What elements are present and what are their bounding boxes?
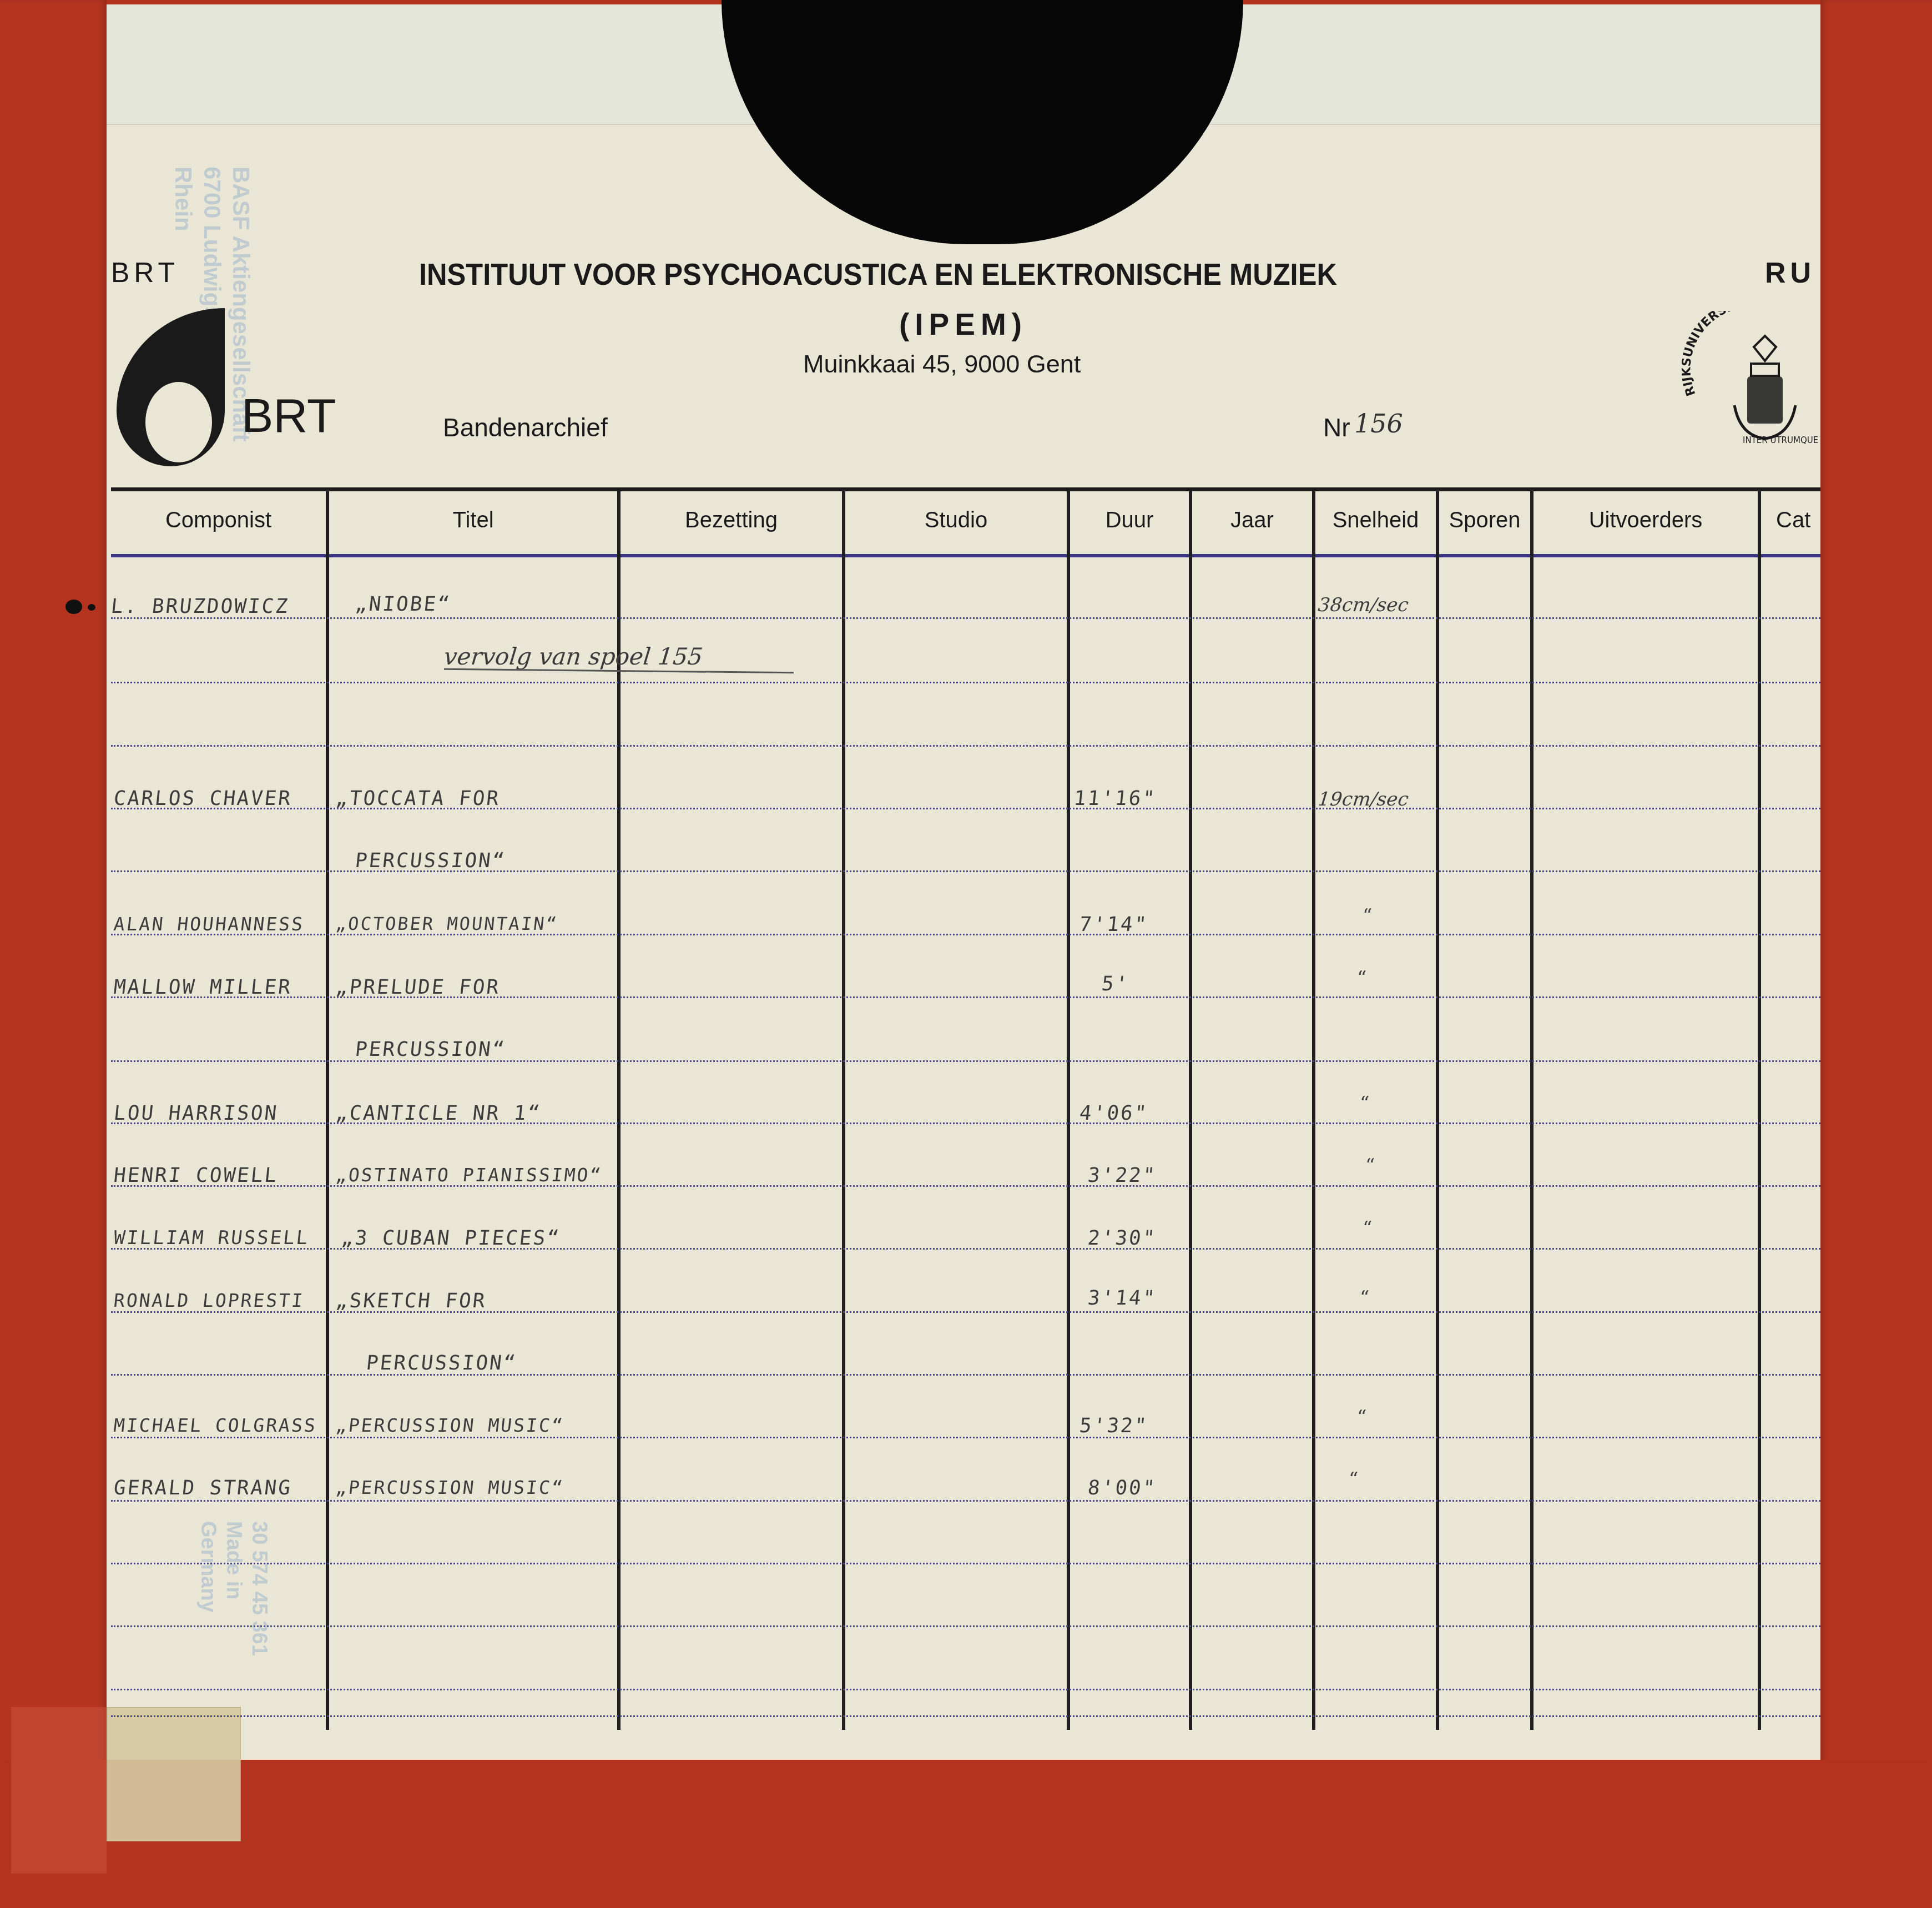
column-divider [842,491,845,1730]
column-header-jaar: Jaar [1192,508,1312,533]
row-titel: „NIOBE“ [354,593,452,616]
row-duur: 3'22" [1087,1164,1158,1187]
institute-address: Muinkkaai 45, 9000 Gent [803,350,1081,379]
row-componist: HENRI COWELL [113,1164,279,1187]
brt-cut-text: BRT [111,256,179,289]
row-rule [111,745,1820,747]
row-duur: 5'32" [1078,1414,1149,1437]
column-divider [1312,491,1315,1730]
row-titel: „OSTINATO PIANISSIMO“ [335,1164,603,1186]
row-titel: „SKETCH FOR [335,1290,488,1312]
brt-logo-text: BRT [241,389,336,444]
row-titel: „PERCUSSION MUSIC“ [335,1477,566,1498]
row-snelheid: 19cm/sec [1317,788,1410,810]
row-rule [111,1563,1820,1564]
ditto-mark: “ [1360,1287,1369,1309]
ditto-mark: “ [1357,967,1366,989]
row-titel: PERCUSSION“ [365,1352,518,1375]
row-rule [111,1689,1820,1690]
ru-cut-text: RU [1765,256,1815,290]
column-header-componist: Componist [111,508,326,533]
row-titel: „3 CUBAN PIECES“ [340,1227,562,1250]
column-header-studio: Studio [845,508,1067,533]
row-rule [111,1625,1820,1627]
basf-bottom-watermark: 30 574 45 361 Made in Germany [178,1521,272,1688]
svg-text:INTER UTRUMQUE: INTER UTRUMQUE [1743,435,1818,445]
row-componist: GERALD STRANG [113,1477,293,1499]
punch-hole-mark [88,604,95,611]
row-rule [111,1715,1820,1717]
row-titel: „CANTICLE NR 1“ [335,1102,542,1125]
row-componist: RONALD LOPRESTI [113,1290,305,1311]
ditto-mark: “ [1360,1093,1369,1115]
archive-label: Bandenarchief [443,412,608,442]
row-componist: ALAN HOUHANNESS [113,913,305,935]
institute-acronym: (IPEM) [899,306,1027,342]
row-duur: 5' [1101,973,1131,995]
row-duur: 3'14" [1087,1287,1158,1310]
university-seal-icon: RIJKSUNIVERSITEIT INTER UTRUMQUE [1682,311,1820,455]
column-header-cat: Cat [1776,508,1820,533]
row-componist: MALLOW MILLER [113,976,293,999]
ditto-mark: “ [1349,1468,1358,1491]
column-divider [1067,491,1070,1730]
corner-tape-red [11,1707,107,1874]
row-rule [111,617,1820,619]
brt-logo-hole [145,382,212,462]
ditto-mark: “ [1363,905,1372,927]
box-bottom-edge [0,1760,1932,1908]
ditto-mark: “ [1363,1217,1372,1240]
box-right-edge [1820,0,1932,1908]
row-duur: 7'14" [1078,913,1149,936]
column-divider [617,491,621,1730]
column-header-titel: Titel [329,508,617,533]
row-titel: „TOCCATA FOR [335,787,501,810]
ditto-mark: “ [1365,1155,1375,1177]
table-header-rule [111,554,1820,557]
column-header-snelheid: Snelheid [1315,508,1436,533]
row-duur: 8'00" [1087,1477,1158,1499]
column-divider [326,491,329,1730]
row-note: vervolg van spoel 155 [442,643,704,670]
punch-hole-mark [65,600,82,614]
adhesive-tape-patch [107,1707,241,1841]
row-componist: L. BRUZDOWICZ [110,595,290,618]
row-componist: CARLOS CHAVER [113,787,293,810]
column-divider [1189,491,1192,1730]
ditto-mark: “ [1357,1406,1366,1428]
row-rule [111,682,1820,683]
row-duur: 11'16" [1073,787,1157,810]
row-componist: LOU HARRISON [113,1102,279,1125]
row-titel: „PERCUSSION MUSIC“ [335,1414,566,1436]
row-snelheid: 38cm/sec [1317,594,1410,616]
row-rule [111,1500,1820,1502]
table-top-rule [111,487,1820,491]
column-header-duur: Duur [1070,508,1189,533]
row-titel: „OCTOBER MOUNTAIN“ [335,913,559,934]
column-divider [1758,491,1761,1730]
row-titel: „PRELUDE FOR [335,976,501,999]
column-header-sporen: Sporen [1439,508,1530,533]
number-value: 156 [1354,409,1403,439]
row-rule [111,1437,1820,1438]
row-componist: WILLIAM RUSSELL [113,1227,310,1249]
row-duur: 4'06" [1078,1102,1149,1125]
row-titel: PERCUSSION“ [354,849,507,872]
row-duur: 2'30" [1087,1227,1158,1250]
institute-title: INSTITUUT VOOR PSYCHOACUSTICA EN ELEKTRO… [419,256,1337,292]
box-left-edge [0,0,107,1908]
column-divider [1436,491,1439,1730]
row-titel: PERCUSSION“ [354,1038,507,1061]
column-header-bezetting: Bezetting [621,508,842,533]
column-divider [1530,491,1534,1730]
number-label: Nr [1323,412,1350,442]
column-header-uitvoerders: Uitvoerders [1534,508,1758,533]
row-componist: MICHAEL COLGRASS [113,1414,318,1436]
